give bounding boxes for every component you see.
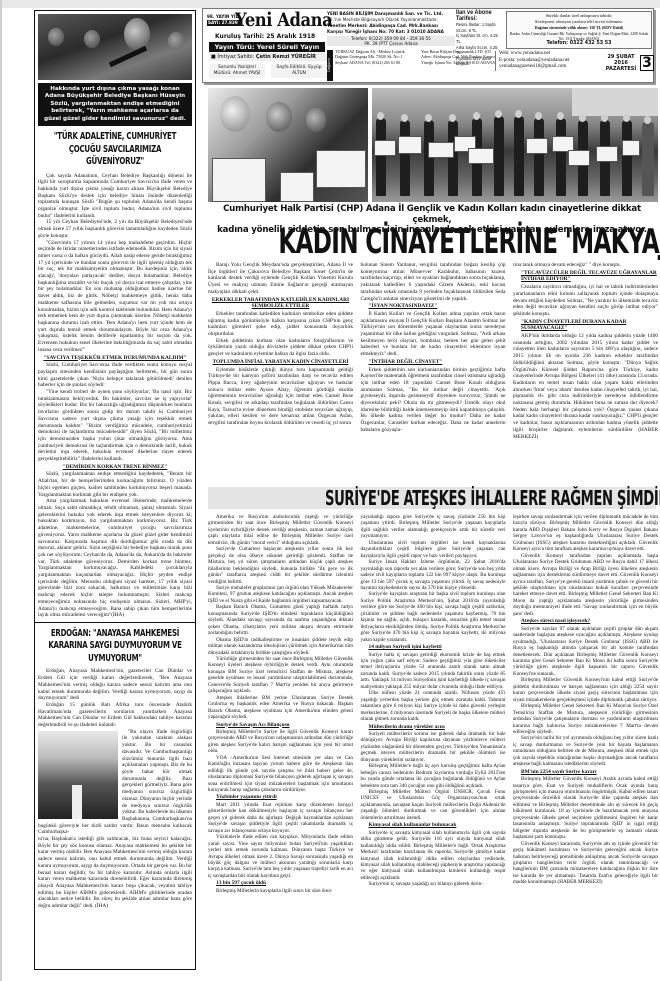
syria-col-2: yayınladığı rapora göre Suriye'de iç sav…: [361, 514, 506, 894]
founded-date: Kuruluş Tarihi: 25 Aralık 1918: [215, 33, 315, 40]
main-col-2: bulunan Sinem Yardanur, sevgilisi tarafı…: [361, 262, 506, 440]
left-story-box: Hakkında yurt dışına çıkma yasağı konan …: [34, 10, 196, 970]
left-subheading-1: "SAVCIYA TEŞEKKÜR ETMEK DURUMUNDA KALDIM…: [38, 355, 192, 362]
left-headline: "TÜRK ADALETİNE, CUMHURİYET ÇOCUĞU SAVCI…: [42, 131, 187, 169]
page-number: 3: [640, 55, 654, 71]
main-story-columns: Barajı Yolu Gençlik Meydanı'nda gerçekle…: [208, 262, 658, 440]
makeup-protest-photo: [208, 88, 368, 202]
syria-col-1: Amerika ve Rusya'nın arabuluculuk yaptığ…: [208, 514, 353, 894]
syria-headline: SURİYE'DE ATEŞKES İHLALLERE RAĞMEN ŞİMDİ…: [208, 487, 656, 509]
owner-line: ■ İmtiyaz Sahibi: Çetin Remzi YÜREĞİR: [209, 53, 327, 61]
photo-caption: Hakkında yurt dışına çıkma yasağı konan …: [38, 83, 192, 126]
page-editor: Sayfa Editörü: Eyyüp ALTUN: [271, 64, 327, 78]
notice-box: Süreklı ilanlar özel anlaşmaya tabidir. …: [506, 11, 652, 49]
responsible-editor: Sorumlu Yazıişleri Müdürü: Ahmet YAVŞİ: [209, 64, 265, 78]
masthead: 98. YAYIN YILI SAYI: 27.839 Yeni Adana K…: [202, 8, 654, 83]
print-addresses: TURKUAZ Dağıtım AŞ. -Merkez Lojistik Dağ…: [335, 49, 501, 65]
issue-date: 29 ŞUBAT 2016 PAZARTESİ: [603, 54, 639, 73]
email-link[interactable]: E-posta: yeniadana@yeniadana.net: [499, 58, 603, 65]
main-headline: KADIN CİNAYETLERİNE 'MAKYAJLI' TEPKİ: [278, 226, 585, 258]
left-body: Çok sayıda Adanalının, Ceyhan Belediye B…: [38, 173, 192, 619]
distribution-label: Dağıtım: [327, 50, 333, 81]
website-link[interactable]: Web: www.yeniadana.net: [499, 51, 603, 58]
publisher-info: YENİ BASIN BİLİŞİM Danışmanlık San. ve T…: [327, 11, 455, 46]
main-col-3: rına tanık olmaya devam edeceğiz" " diye…: [513, 262, 658, 440]
erdogan-body: Erdoğan, Anayasa Mahkemesi'nin, gazeteci…: [38, 668, 192, 909]
erdogan-headline: ERDOĞAN: "ANAYASA MAHKEMESİ KARARINA SAY…: [41, 628, 189, 666]
syria-col-3: leşirken savaşı sonlandırmak için verile…: [513, 514, 658, 894]
main-col-1: Barajı Yolu Gençlik Meydanı'nda gerçekle…: [208, 262, 353, 440]
sozlu-photo: [38, 14, 192, 80]
email-link-2[interactable]: yeniadanagazetesi18@gmail.com: [499, 64, 603, 71]
publication-type: Yayın Türü: Yerel Süreli Yayın: [209, 42, 325, 52]
syria-story-columns: Amerika ve Rusya'nın arabuluculuk yaptığ…: [208, 514, 658, 894]
top-strip: [2, 0, 660, 8]
erdogan-photo: [38, 731, 118, 819]
group-protest-photo: [372, 88, 658, 202]
brand-logo: Yeni Adana: [235, 9, 332, 31]
left-subheading-2: "DEMİRDEN KORKAN TRENE BİNMEZ": [38, 464, 192, 471]
newspaper-page: Hakkında yurt dışına çıkma yasağı konan …: [0, 0, 660, 981]
editors: Sorumlu Yazıişleri Müdürü: Ahmet YAVŞİ S…: [209, 64, 327, 78]
contact-info: Web: www.yeniadana.net E-posta: yeniadan…: [495, 51, 603, 71]
